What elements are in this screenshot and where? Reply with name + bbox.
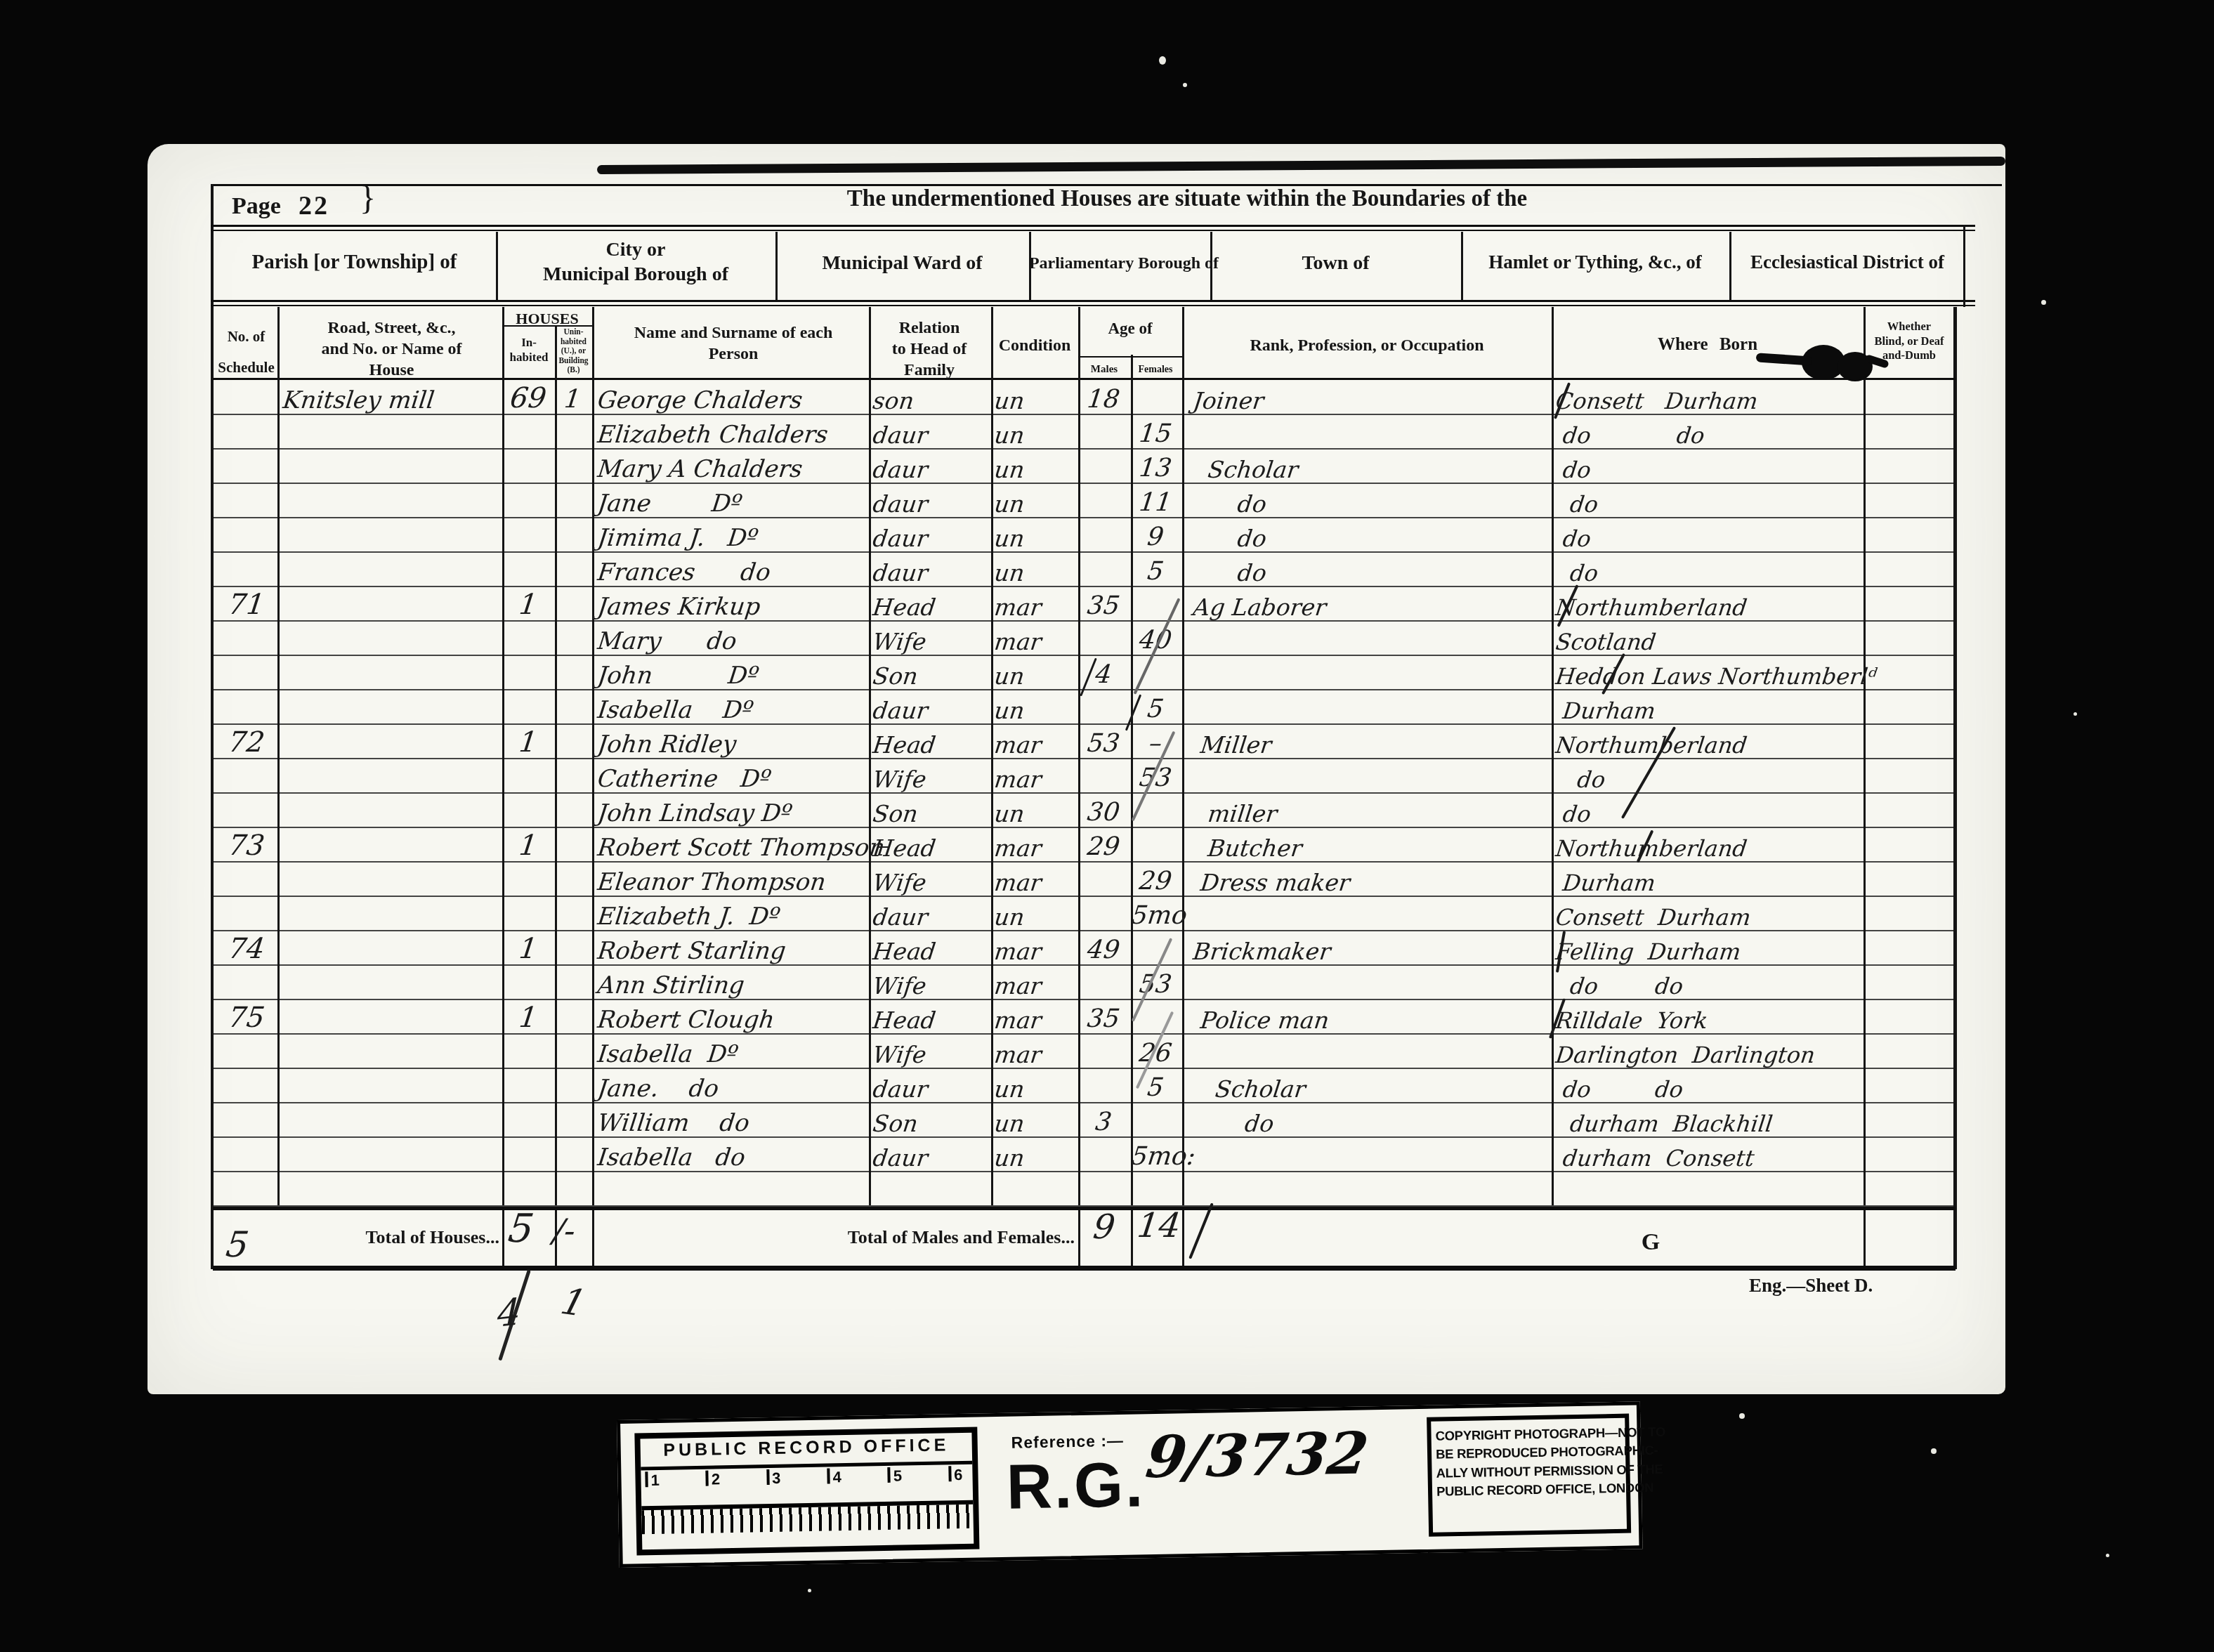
page-label: Page <box>232 193 281 220</box>
cell-age_f: 13 <box>1130 456 1181 481</box>
cell-condition: mar <box>993 871 1075 894</box>
cell-relation: Wife <box>872 768 987 791</box>
census-row: Jane Dºdaurun11 do do <box>213 483 1953 518</box>
cell-occupation: Miller <box>1192 733 1273 756</box>
cell-age_m: 49 <box>1077 938 1129 963</box>
dust-speck <box>808 1589 811 1592</box>
cell-name: William do <box>596 1111 877 1135</box>
cell-age_f: 5mo: <box>1130 1144 1181 1169</box>
cell-condition: mar <box>993 596 1075 619</box>
cell-born: Northumberland <box>1554 837 1748 860</box>
census-row: Ann StirlingWifemar53 do do <box>213 964 1953 1000</box>
cell-relation: Wife <box>872 630 987 653</box>
cell-born: do <box>1554 768 1606 791</box>
cell-age_f: 15 <box>1130 421 1181 447</box>
cell-relation: Head <box>872 1009 987 1032</box>
cell-inhab: 1 <box>502 591 556 619</box>
cell-occupation: do <box>1192 527 1268 550</box>
cell-schedule: 75 <box>217 1004 277 1032</box>
census-row: Mary doWifemar40Scotland <box>213 620 1953 656</box>
cell-name: John Lindsay Dº <box>596 801 877 825</box>
cell-condition: un <box>993 1146 1075 1169</box>
cell-name: John Dº <box>596 664 877 688</box>
dust-speck <box>2074 712 2077 716</box>
totals-females: 14 <box>1132 1206 1186 1245</box>
cell-born: Consett Durham <box>1554 390 1759 412</box>
cell-born: Durham <box>1554 872 1657 894</box>
cell-born: Northumberland <box>1554 734 1748 756</box>
cell-born: do <box>1554 493 1599 516</box>
cell-name: Jane. do <box>596 1077 877 1101</box>
census-row: Eleanor ThompsonWifemar29 Dress maker Du… <box>213 861 1953 897</box>
cell-relation: daur <box>872 561 987 584</box>
col-schedule: No. of Schedule <box>213 321 280 383</box>
header-town: Town of <box>1210 251 1461 275</box>
sheet-top-streak <box>597 157 2005 174</box>
cell-occupation: Butcher <box>1192 837 1304 860</box>
cell-born: do do <box>1554 975 1684 997</box>
cell-occupation: Scholar <box>1192 458 1299 481</box>
cell-name: Isabella Dº <box>596 698 877 722</box>
cell-born: durham Consett <box>1554 1147 1755 1169</box>
cell-age_f: 5 <box>1130 559 1181 584</box>
cell-relation: Son <box>872 664 987 688</box>
cell-age_m: 18 <box>1077 387 1129 412</box>
page-title: The undermentioned Houses are situate wi… <box>639 186 1735 212</box>
cell-born: Northumberland <box>1554 596 1748 619</box>
census-row: Elizabeth Chaldersdaurun15 do do <box>213 414 1953 450</box>
cell-relation: daur <box>872 1146 987 1169</box>
cell-condition: mar <box>993 1043 1075 1066</box>
copyright-box: COPYRIGHT PHOTOGRAPH—NOT TOBE REPRODUCED… <box>1427 1414 1631 1537</box>
cell-condition: un <box>993 905 1075 929</box>
cell-born: do <box>1554 527 1592 550</box>
cell-born: Darlington Darlington <box>1554 1044 1816 1066</box>
cell-inhab: 1 <box>502 935 556 963</box>
cell-occupation: Scholar <box>1192 1077 1307 1101</box>
dust-speck <box>1931 1448 1937 1454</box>
page-number: 22 <box>299 190 329 221</box>
census-row: 711James KirkupHeadmar35Ag LaborerNorthu… <box>213 586 1953 622</box>
census-row: William doSonun3 do durham Blackhill <box>213 1102 1953 1138</box>
header-ecclesiastical: Ecclesiastical District of <box>1729 251 1965 275</box>
cell-condition: mar <box>993 733 1075 756</box>
cell-relation: Head <box>872 940 987 963</box>
cell-condition: un <box>993 1112 1075 1135</box>
col-males: Males <box>1080 364 1129 376</box>
totals-mf-label: Total of Males and Females... <box>723 1227 1075 1248</box>
cell-born: Scotland <box>1554 631 1657 653</box>
totals-houses-extra: /- <box>551 1212 578 1250</box>
cell-occupation: Police man <box>1192 1009 1330 1032</box>
census-row: Catherine DºWifemar53 do <box>213 758 1953 794</box>
cell-inhab: 1 <box>502 728 556 756</box>
list-item: 5 <box>893 1467 903 1499</box>
list-item: 1 <box>650 1471 660 1503</box>
totals-houses-label: Total of Houses... <box>284 1227 499 1248</box>
cell-condition: un <box>993 802 1075 825</box>
totals-corner-mark: G <box>1623 1229 1679 1256</box>
cell-schedule: 73 <box>217 832 277 860</box>
ruler-inch-scale: 123456 <box>641 1461 973 1502</box>
census-row: 731Robert Scott ThompsonHeadmar29 Butche… <box>213 827 1953 863</box>
reference-number: 9/3732 <box>1142 1420 1372 1491</box>
cell-name: Ann Stirling <box>596 973 877 997</box>
cell-name: Mary do <box>596 629 877 653</box>
col-name: Name and Surname of each Person <box>597 322 870 365</box>
cell-condition: mar <box>993 768 1075 791</box>
cell-occupation: Brickmaker <box>1192 940 1332 963</box>
cell-occupation: Ag Laborer <box>1192 596 1328 619</box>
census-row: Elizabeth J. Dºdaurun5moConsett Durham <box>213 896 1953 931</box>
cell-name: Isabella Dº <box>596 1042 877 1066</box>
dust-speck <box>1739 1413 1745 1419</box>
cell-condition: mar <box>993 974 1075 997</box>
cell-name: Jimima J. Dº <box>596 526 877 550</box>
sheet-note: Eng.—Sheet D. <box>1749 1275 1918 1297</box>
cell-name: Catherine Dº <box>596 767 877 791</box>
cell-relation: daur <box>872 699 987 722</box>
col-inhabited: In- habited <box>504 335 554 365</box>
cell-occupation: miller <box>1192 802 1278 825</box>
dust-speck <box>1159 56 1166 65</box>
cell-name: Jane Dº <box>596 492 877 516</box>
cell-condition: un <box>993 664 1075 688</box>
cell-condition: mar <box>993 940 1075 963</box>
cell-relation: son <box>872 389 987 412</box>
header-hamlet: Hamlet or Tything, &c., of <box>1461 251 1729 275</box>
col-whether: Whether Blind, or Deaf and-Dumb <box>1865 320 1953 363</box>
cell-age_m: 53 <box>1077 731 1129 756</box>
cell-occupation: Joiner <box>1192 389 1265 412</box>
cell-relation: Head <box>872 733 987 756</box>
list-item: 6 <box>954 1466 963 1497</box>
col-condition: Condition <box>991 336 1078 355</box>
cell-schedule: 74 <box>217 935 277 963</box>
cell-born: Felling Durham <box>1554 940 1742 963</box>
census-row: 741Robert StarlingHeadmar49BrickmakerFel… <box>213 930 1953 966</box>
census-row: Isabella Dºdaurun5 Durham <box>213 689 1953 725</box>
census-sheet: Page 22 } The undermentioned Houses are … <box>148 144 2005 1394</box>
cell-relation: daur <box>872 492 987 516</box>
cell-age_f: 53 <box>1130 972 1181 997</box>
cell-age_m: 3 <box>1077 1110 1129 1135</box>
cell-born: Durham <box>1554 700 1657 722</box>
cell-age_f: 9 <box>1130 525 1181 550</box>
cell-inhab: 69 <box>502 384 556 412</box>
census-row: Knitsley mill691George Chalderssonun18Jo… <box>213 379 1953 415</box>
pro-stamp-strip: PUBLIC RECORD OFFICE 123456 Reference :—… <box>617 1401 1643 1568</box>
cell-relation: Son <box>872 802 987 825</box>
census-row: Jane. dodaurun5 Scholar do do <box>213 1068 1953 1103</box>
census-row <box>213 1171 1953 1207</box>
list-item: 2 <box>712 1470 721 1502</box>
cell-relation: Wife <box>872 1043 987 1066</box>
cell-name: Isabella do <box>596 1146 877 1169</box>
col-relation: Relation to Head of Family <box>873 317 985 381</box>
cell-name: Mary A Chalders <box>596 457 877 481</box>
cell-condition: un <box>993 699 1075 722</box>
col-houses: HOUSES <box>502 310 592 328</box>
cell-born: Heddon Laws Northumberlᵈ <box>1554 665 1878 688</box>
cell-inhab: 1 <box>502 1004 556 1032</box>
cell-age_f: 5mo <box>1130 903 1181 929</box>
cell-born: durham Blackhill <box>1554 1113 1774 1135</box>
reference-series: R.G. <box>1006 1449 1146 1524</box>
cell-schedule: 71 <box>217 591 277 619</box>
dust-speck <box>2041 300 2046 305</box>
cell-condition: mar <box>993 837 1075 860</box>
ruler-fine-ticks <box>641 1504 974 1535</box>
cell-age_m: 30 <box>1077 800 1129 825</box>
cell-relation: daur <box>872 527 987 550</box>
cell-born: Rilldale York <box>1554 1009 1709 1032</box>
list-item: PUBLIC RECORD OFFICE, LONDON <box>1436 1479 1622 1501</box>
cell-age_m: 35 <box>1077 1007 1129 1032</box>
cell-condition: un <box>993 492 1075 516</box>
cell-born: do do <box>1554 1078 1684 1101</box>
header-parliamentary: Parliamentary Borough of <box>1015 253 1233 274</box>
cell-condition: mar <box>993 1009 1075 1032</box>
col-uninhabited: Unin- habited (U.), or Building (B.) <box>556 328 591 376</box>
cell-relation: daur <box>872 1077 987 1101</box>
census-row: Isabella DºWifemar26Darlington Darlingto… <box>213 1033 1953 1069</box>
cell-born: do <box>1554 459 1592 481</box>
cell-age_m: 35 <box>1077 594 1129 619</box>
col-age: Age of <box>1078 320 1182 338</box>
cell-relation: Wife <box>872 871 987 894</box>
cell-condition: un <box>993 458 1075 481</box>
cell-name: Frances do <box>596 560 877 584</box>
cell-relation: daur <box>872 458 987 481</box>
cell-name: John Ridley <box>596 733 877 756</box>
cell-condition: un <box>993 561 1075 584</box>
cell-occupation: do <box>1192 561 1268 584</box>
totals-houses-value: 5 <box>506 1206 537 1252</box>
cell-born: do do <box>1554 424 1706 447</box>
cell-relation: Son <box>872 1112 987 1135</box>
cell-relation: daur <box>872 905 987 929</box>
cell-name: Elizabeth Chalders <box>596 423 877 447</box>
totals-margin-mark: 5 <box>223 1224 251 1265</box>
cell-name: James Kirkup <box>596 595 877 619</box>
cell-occupation: Dress maker <box>1192 871 1351 894</box>
census-row: John Lindsay DºSonun30 miller do <box>213 792 1953 828</box>
totals-males: 9 <box>1077 1207 1132 1247</box>
cell-age_f: 29 <box>1130 869 1181 894</box>
cell-uninh: 1 <box>555 387 590 412</box>
page-brace: } <box>360 179 376 218</box>
dust-speck <box>1183 83 1187 87</box>
cell-name: George Chalders <box>596 388 877 412</box>
census-row: 721John RidleyHeadmar53– MillerNorthumbe… <box>213 723 1953 759</box>
census-row: Isabella dodaurun5mo: durham Consett <box>213 1136 1953 1172</box>
pencil-mark: 4 <box>497 1291 521 1336</box>
cell-born: do <box>1554 562 1599 584</box>
list-item: 4 <box>832 1468 841 1500</box>
header-ward: Municipal Ward of <box>775 251 1029 275</box>
cell-road: Knitsley mill <box>282 388 506 412</box>
cell-occupation: do <box>1192 492 1268 516</box>
census-row: Jimima J. Dºdaurun9 do do <box>213 517 1953 553</box>
dust-speck <box>2106 1554 2109 1557</box>
census-photograph: Page 22 } The undermentioned Houses are … <box>0 0 2214 1652</box>
cell-relation: Wife <box>872 974 987 997</box>
cell-name: Elizabeth J. Dº <box>596 905 877 929</box>
census-row: Mary A Chaldersdaurun13 Scholar do <box>213 448 1953 484</box>
cell-born: do <box>1554 803 1592 825</box>
cell-condition: un <box>993 1077 1075 1101</box>
cell-condition: un <box>993 389 1075 412</box>
col-females: Females <box>1131 365 1180 376</box>
list-item: 3 <box>772 1469 781 1501</box>
cell-age_m: 29 <box>1077 834 1129 860</box>
cell-condition: un <box>993 424 1075 447</box>
cell-name: Robert Scott Thompson <box>596 836 877 860</box>
cell-condition: mar <box>993 630 1075 653</box>
cell-inhab: 1 <box>502 832 556 860</box>
cell-condition: un <box>993 527 1075 550</box>
cell-name: Robert Clough <box>596 1008 877 1032</box>
cell-schedule: 72 <box>217 728 277 756</box>
cell-name: Eleanor Thompson <box>596 870 877 894</box>
header-city-borough: City or Municipal Borough of <box>496 237 775 287</box>
cell-relation: daur <box>872 424 987 447</box>
cell-name: Robert Starling <box>596 939 877 963</box>
census-row: 751Robert CloughHeadmar35 Police manRill… <box>213 999 1953 1035</box>
col-rank: Rank, Profession, or Occupation <box>1182 336 1552 355</box>
census-rows: Knitsley mill691George Chalderssonun18Jo… <box>148 379 2005 1205</box>
pencil-mark: 1 <box>556 1281 590 1325</box>
pro-office-title: PUBLIC RECORD OFFICE <box>641 1435 972 1462</box>
cell-born: Consett Durham <box>1554 906 1752 929</box>
pro-ruler-box: PUBLIC RECORD OFFICE 123456 <box>634 1427 979 1556</box>
census-row: Frances dodaurun5 do do <box>213 551 1953 587</box>
cell-age_f: 11 <box>1130 490 1181 516</box>
cell-occupation: do <box>1192 1112 1275 1135</box>
header-parish: Parish [or Township] of <box>213 249 496 275</box>
cell-relation: Head <box>872 837 987 860</box>
col-road: Road, Street, &c., and No. or Name of Ho… <box>281 317 502 381</box>
cell-relation: Head <box>872 596 987 619</box>
